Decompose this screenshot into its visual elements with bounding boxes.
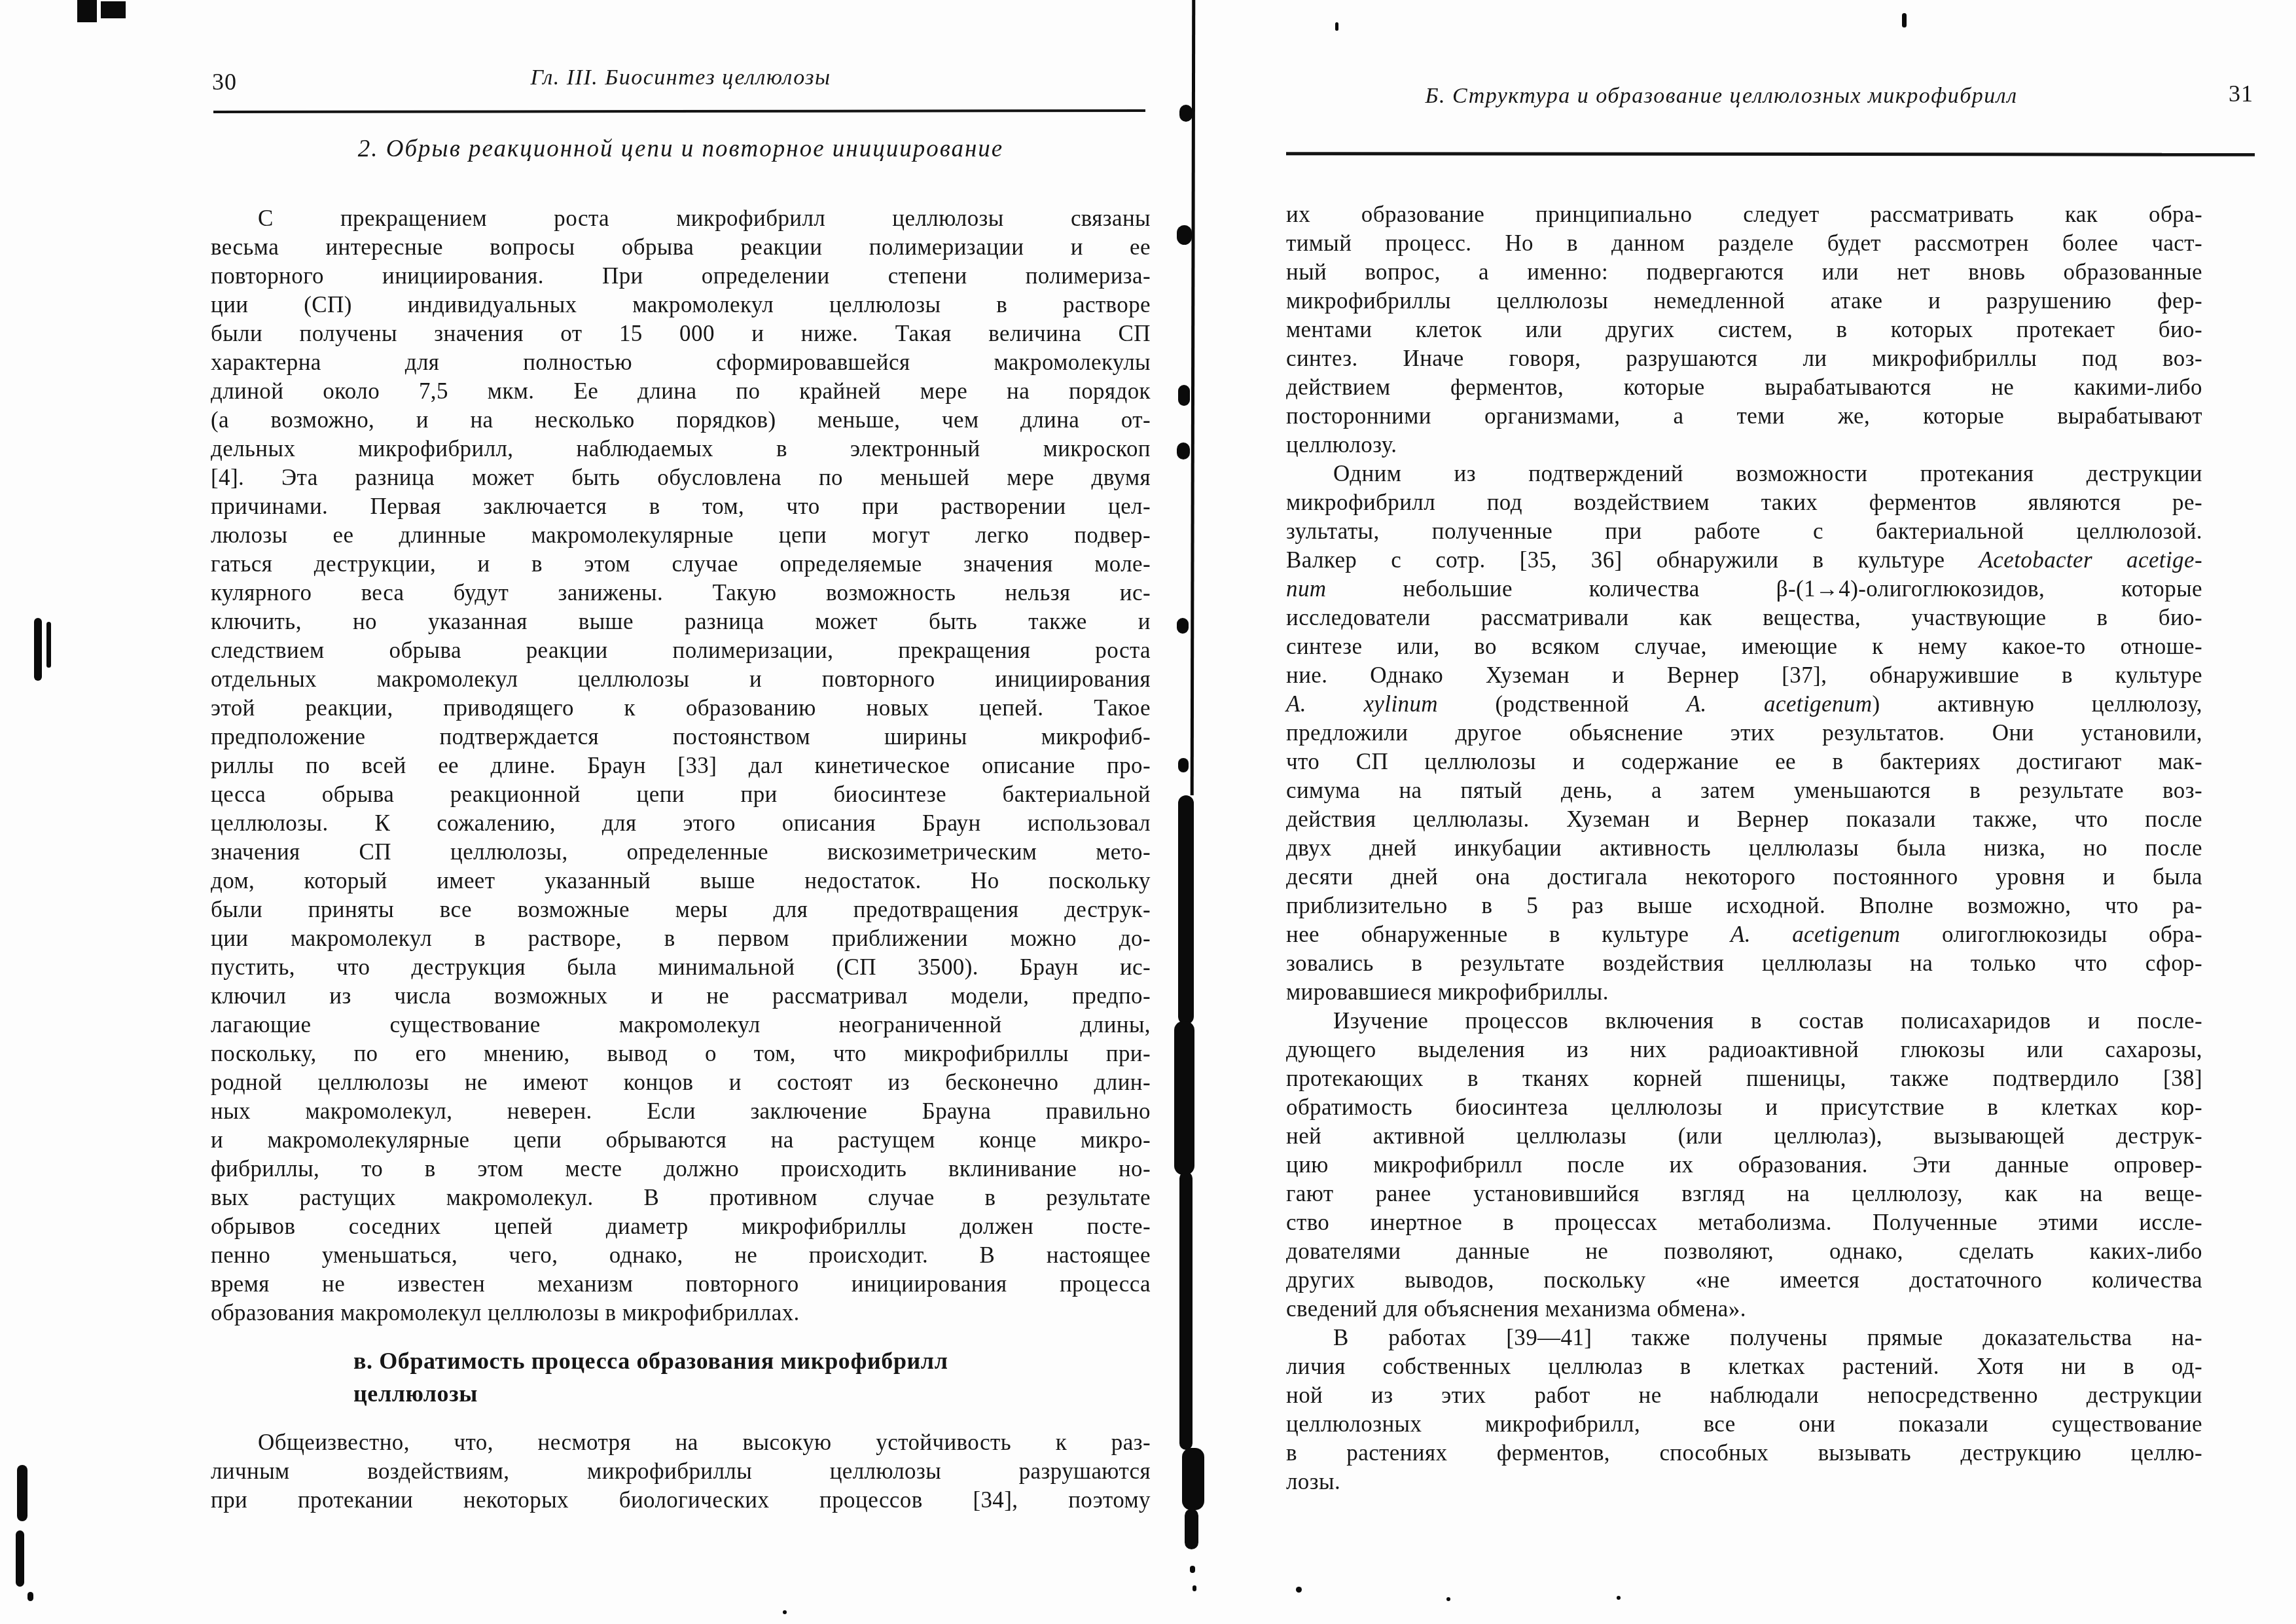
text-line: предположение подтверждается постоянство… bbox=[211, 723, 1151, 751]
text-line: риллы по всей ее длине. Браун [33] дал к… bbox=[211, 751, 1151, 780]
gutter-smudge bbox=[1178, 795, 1194, 1024]
paragraph: Изучение процессов включения в состав по… bbox=[1286, 1007, 2202, 1324]
text-line: исследователи рассматривали как вещества… bbox=[1286, 604, 2202, 632]
section-title: 2. Обрыв реакционной цепи и повторное ин… bbox=[211, 135, 1151, 163]
scan-artifact bbox=[77, 0, 97, 22]
text-line: следствием обрыва реакции полимеризации,… bbox=[211, 636, 1151, 665]
text-line: целлюлозы. К сожалению, для этого описан… bbox=[211, 809, 1151, 838]
text-line: были приняты все возможные меры для пред… bbox=[211, 895, 1151, 924]
text-line: дующего выделения из них радиоактивной г… bbox=[1286, 1036, 2202, 1064]
running-head: Б. Структура и образование целлюлозных м… bbox=[1286, 84, 2255, 109]
text-line: личия собственных целлюлаз в клетках рас… bbox=[1286, 1352, 2202, 1381]
text-line: цесса обрыва реакционной цепи при биосин… bbox=[211, 780, 1151, 809]
paragraph: Общеизвестно, что, несмотря на высокую у… bbox=[211, 1428, 1151, 1515]
text-line: кулярного веса будут занижены. Такую воз… bbox=[211, 579, 1151, 607]
scan-artifact bbox=[1177, 225, 1192, 245]
scan-artifact bbox=[17, 1465, 27, 1521]
text-line: поскольку, по его мнению, вывод о том, ч… bbox=[211, 1039, 1151, 1068]
scan-artifact bbox=[34, 618, 42, 681]
text-line: гают ранее установившийся взгляд на целл… bbox=[1286, 1180, 2202, 1208]
text-line: фибриллы, то в этом месте должно происхо… bbox=[211, 1155, 1151, 1183]
text-line: обратимость биосинтеза целлюлозы и прису… bbox=[1286, 1093, 2202, 1122]
scan-artifact bbox=[1177, 442, 1190, 460]
text-line: ней активной целлюлазы (или целлюлаз), в… bbox=[1286, 1122, 2202, 1151]
paragraph: Одним из подтверждений возможности проте… bbox=[1286, 460, 2202, 1007]
text-line: посторонними организмами, а теми же, кот… bbox=[1286, 402, 2202, 431]
text-line: и макромолекулярные цепи обрываются на р… bbox=[211, 1126, 1151, 1155]
left-page-text: С прекращением роста микрофибрилл целлюл… bbox=[211, 204, 1151, 1515]
right-page-header: Б. Структура и образование целлюлозных м… bbox=[1286, 0, 2255, 31]
scan-artifact bbox=[1617, 1596, 1621, 1600]
text-line: сведений для объяснения механизма обмена… bbox=[1286, 1295, 2202, 1324]
text-line: родной целлюлозы не имеют концов и состо… bbox=[211, 1068, 1151, 1097]
text-line: что СП целлюлозы и содержание ее в бакте… bbox=[1286, 748, 2202, 776]
text-line: num небольшие количества β-(1→4)-олигогл… bbox=[1286, 575, 2202, 604]
text-line: действия целлюлазы. Хуземан и Вернер пок… bbox=[1286, 805, 2202, 834]
page-number: 31 bbox=[2229, 80, 2253, 107]
text-line: ции макромолекул в растворе, в первом пр… bbox=[211, 924, 1151, 953]
paragraph: С прекращением роста микрофибрилл целлюл… bbox=[211, 204, 1151, 1327]
text-line: вых растущих макромолекул. В противном с… bbox=[211, 1183, 1151, 1212]
text-line: дом, который имеет указанный выше недост… bbox=[211, 867, 1151, 895]
text-line: ный вопрос, а именно: подвергаются или н… bbox=[1286, 258, 2202, 287]
gutter-smudge bbox=[1185, 1509, 1198, 1549]
text-line: симума на пятый день, а затем уменьшаютс… bbox=[1286, 776, 2202, 805]
text-line: ство инертное в процессах метаболизма. П… bbox=[1286, 1208, 2202, 1237]
scan-artifact bbox=[1193, 1585, 1196, 1591]
scan-artifact bbox=[16, 1530, 24, 1587]
header-rule bbox=[1286, 152, 2255, 156]
text-line: двух дней инкубации активность целлюлазы… bbox=[1286, 834, 2202, 863]
text-line: в растениях ферментов, способных вызыват… bbox=[1286, 1439, 2202, 1468]
text-line: значения СП целлюлозы, определенные виск… bbox=[211, 838, 1151, 867]
scan-artifact bbox=[1335, 22, 1338, 31]
text-line: ключить, но указанная выше разница может… bbox=[211, 607, 1151, 636]
text-line: ментами клеток или других систем, в кото… bbox=[1286, 316, 2202, 344]
text-line: этой реакции, приводящего к образованию … bbox=[211, 694, 1151, 723]
gutter-smudge bbox=[1174, 1021, 1194, 1175]
scan-artifact bbox=[1179, 105, 1193, 122]
paragraph: их образование принципиально следует рас… bbox=[1286, 200, 2202, 460]
scan-artifact bbox=[1296, 1587, 1302, 1593]
text-line: характерна для полностью сформировавшейс… bbox=[211, 348, 1151, 377]
text-line: цию микрофибрилл после их образования. Э… bbox=[1286, 1151, 2202, 1180]
text-line: люлозы ее длинные макромолекулярные цепи… bbox=[211, 521, 1151, 550]
scan-artifact bbox=[1178, 385, 1190, 406]
text-line: микрофибрилл под воздействием таких ферм… bbox=[1286, 488, 2202, 517]
text-line: (а возможно, и на несколько порядков) ме… bbox=[211, 406, 1151, 435]
text-line: приблизительно в 5 раз выше исходной. Вп… bbox=[1286, 892, 2202, 920]
text-line: были получены значения от 15 000 и ниже.… bbox=[211, 319, 1151, 348]
scan-artifact bbox=[27, 1592, 33, 1601]
text-line: пенно уменьшаться, чего, однако, не прои… bbox=[211, 1241, 1151, 1270]
gutter-smudge bbox=[1182, 1448, 1204, 1510]
text-line: тимый процесс. Но в данном разделе будет… bbox=[1286, 229, 2202, 258]
text-line: длиной около 7,5 мкм. Ее длина по крайне… bbox=[211, 377, 1151, 406]
text-line: синтезе или, во всяком случае, имеющие к… bbox=[1286, 632, 2202, 661]
text-line: весьма интересные вопросы обрыва реакции… bbox=[211, 233, 1151, 262]
scan-artifact bbox=[783, 1610, 787, 1614]
text-line: отдельных макромолекул целлюлозы и повто… bbox=[211, 665, 1151, 694]
text-line: Валкер с сотр. [35, 36] обнаружили в кул… bbox=[1286, 546, 2202, 575]
text-line: нее обнаруженные в культуре А. acetigenu… bbox=[1286, 920, 2202, 949]
text-line: [4]. Эта разница может быть обусловлена … bbox=[211, 463, 1151, 492]
text-line: пустить, что деструкция была минимальной… bbox=[211, 953, 1151, 982]
text-line: ключил из числа возможных и не рассматри… bbox=[211, 982, 1151, 1011]
text-line: зовались в результате воздействия целлюл… bbox=[1286, 949, 2202, 978]
text-line: десяти дней она достигала некоторого пос… bbox=[1286, 863, 2202, 892]
running-head: Гл. III. Биосинтез целлюлозы bbox=[211, 65, 1151, 90]
text-line: синтез. Иначе говоря, разрушаются ли мик… bbox=[1286, 344, 2202, 373]
text-line: других выводов, поскольку «не имеется до… bbox=[1286, 1266, 2202, 1295]
text-line: A. xylinum (родственной А. acetigenum) а… bbox=[1286, 690, 2202, 719]
text-line: ние. Однако Хуземан и Вернер [37], обнар… bbox=[1286, 661, 2202, 690]
text-line: гаться деструкции, и в этом случае опред… bbox=[211, 550, 1151, 579]
text-line: повторного инициирования. При определени… bbox=[211, 262, 1151, 291]
text-line: образования макромолекул целлюлозы в мик… bbox=[211, 1299, 1151, 1327]
text-line: дельных микрофибрилл, наблюдаемых в элек… bbox=[211, 435, 1151, 463]
paragraph: В работах [39—41] также получены прямые … bbox=[1286, 1324, 2202, 1496]
text-line: Одним из подтверждений возможности проте… bbox=[1286, 460, 2202, 488]
text-line: личным воздействиям, микрофибриллы целлю… bbox=[211, 1457, 1151, 1486]
text-line: лозы. bbox=[1286, 1468, 2202, 1496]
scan-artifact bbox=[1178, 758, 1189, 772]
text-line: ной из этих работ не наблюдали непосредс… bbox=[1286, 1381, 2202, 1410]
text-line: обрывов соседних цепей диаметр микрофибр… bbox=[211, 1212, 1151, 1241]
scan-artifact bbox=[46, 622, 51, 668]
text-line: ции (СП) индивидуальных макромолекул цел… bbox=[211, 291, 1151, 319]
text-line: В работах [39—41] также получены прямые … bbox=[1286, 1324, 2202, 1352]
text-line: С прекращением роста микрофибрилл целлюл… bbox=[211, 204, 1151, 233]
right-page-text: их образование принципиально следует рас… bbox=[1286, 200, 2202, 1496]
scan-artifact bbox=[1446, 1597, 1450, 1601]
scan-artifact bbox=[1190, 1566, 1195, 1573]
text-line: Изучение процессов включения в состав по… bbox=[1286, 1007, 2202, 1036]
gutter-smudge bbox=[1179, 1172, 1193, 1450]
text-line: зультаты, полученные при работе с бактер… bbox=[1286, 517, 2202, 546]
scan-artifact bbox=[1902, 13, 1907, 27]
text-line: целлюлозы bbox=[353, 1377, 1151, 1410]
text-line: дователями данные не позволяют, однако, … bbox=[1286, 1237, 2202, 1266]
scan-artifact bbox=[101, 1, 126, 18]
text-line: мировавшиеся микрофибриллы. bbox=[1286, 978, 2202, 1007]
header-rule bbox=[213, 109, 1145, 113]
gutter-line bbox=[1191, 0, 1196, 795]
text-line: целлюлозных микрофибрилл, все они показа… bbox=[1286, 1410, 2202, 1439]
text-line: причинами. Первая заключается в том, что… bbox=[211, 492, 1151, 521]
text-line: предложили другое обьяснение этих резуль… bbox=[1286, 719, 2202, 748]
subsection-heading: в. Обратимость процесса образования микр… bbox=[353, 1344, 1151, 1410]
text-line: протекающих в тканях корней пшеницы, так… bbox=[1286, 1064, 2202, 1093]
text-line: микрофибриллы целлюлозы немедленной атак… bbox=[1286, 287, 2202, 316]
text-line: их образование принципиально следует рас… bbox=[1286, 200, 2202, 229]
text-line: при протекании некоторых биологических п… bbox=[211, 1486, 1151, 1515]
text-line: в. Обратимость процесса образования микр… bbox=[353, 1344, 1151, 1377]
scan-artifact bbox=[1177, 618, 1189, 634]
text-line: целлюлозу. bbox=[1286, 431, 2202, 460]
text-line: Общеизвестно, что, несмотря на высокую у… bbox=[211, 1428, 1151, 1457]
text-line: действием ферментов, которые вырабатываю… bbox=[1286, 373, 2202, 402]
book-scan-spread: 30 Гл. III. Биосинтез целлюлозы 2. Обрыв… bbox=[0, 0, 2296, 1624]
text-line: ных макромолекул, неверен. Если заключен… bbox=[211, 1097, 1151, 1126]
text-line: лагающие существование макромолекул неог… bbox=[211, 1011, 1151, 1039]
left-page-header: 30 Гл. III. Биосинтез целлюлозы bbox=[211, 0, 1151, 31]
text-line: время не известен механизм повторного ин… bbox=[211, 1270, 1151, 1299]
